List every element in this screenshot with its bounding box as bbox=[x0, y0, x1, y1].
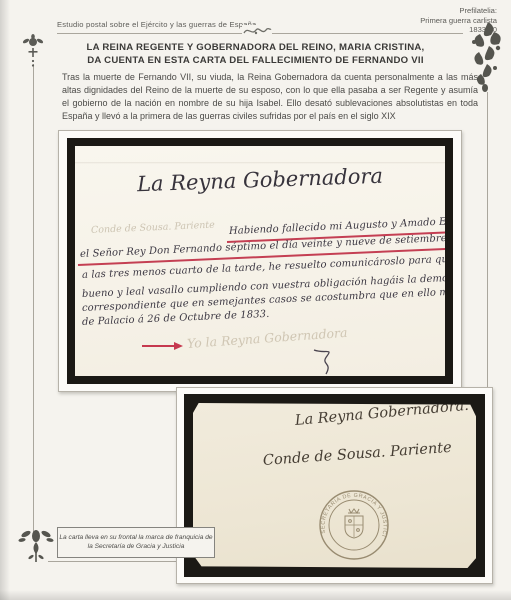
album-sheet: Estudio postal sobre el Ejército y las g… bbox=[0, 0, 511, 600]
cover-paper: La Reyna Gobernadora. Conde de Sousa. Pa… bbox=[193, 403, 476, 568]
franchise-seal-icon: SECRETARIA DE GRACIA Y JUSTICIA bbox=[314, 483, 394, 567]
cover-frame: La Reyna Gobernadora. Conde de Sousa. Pa… bbox=[184, 394, 485, 577]
letter-mount: La Reyna Gobernadora Conde de Sousa. Par… bbox=[58, 130, 462, 392]
border-bottom-rule bbox=[48, 561, 176, 562]
letter-heading: La Reyna Gobernadora bbox=[75, 162, 445, 199]
intro-paragraph: Tras la muerte de Fernando VII, su viuda… bbox=[62, 71, 478, 123]
border-left-rule bbox=[33, 64, 34, 532]
exhibit-title-line1: LA REINA REGENTE Y GOBERNADORA DEL REINO… bbox=[0, 42, 511, 53]
red-arrow-tip-icon bbox=[174, 342, 183, 350]
cover-address-line2: Conde de Sousa. Pariente bbox=[262, 440, 452, 469]
signature-rubric-icon bbox=[311, 347, 337, 376]
collection-title: Estudio postal sobre el Ejército y las g… bbox=[57, 20, 256, 29]
red-arrow-icon bbox=[142, 345, 175, 347]
cover-mount: La Reyna Gobernadora. Conde de Sousa. Pa… bbox=[176, 387, 493, 584]
photo-edge-shadow-left bbox=[0, 0, 10, 600]
caption-box: La carta lleva en su frontal la marca de… bbox=[57, 527, 215, 558]
caption-line1: La carta lleva en su frontal la marca de… bbox=[58, 533, 214, 542]
photo-edge-shadow-bottom bbox=[0, 590, 511, 600]
exhibit-title-line2: DA CUENTA EN ESTA CARTA DEL FALLECIMIENT… bbox=[0, 55, 511, 66]
border-right-rule bbox=[487, 92, 488, 388]
caption-line2: la Secretaría de Gracia y Justicia bbox=[58, 542, 214, 551]
letter-frame: La Reyna Gobernadora Conde de Sousa. Par… bbox=[67, 138, 453, 384]
corner-ornament-bottom-left-icon bbox=[16, 522, 56, 566]
letter-docket-faint: Conde de Sousa. Pariente bbox=[91, 220, 215, 236]
center-flourish-icon bbox=[242, 25, 272, 38]
section-header-line: Prefilatelia: bbox=[420, 6, 497, 16]
letter-paper: La Reyna Gobernadora Conde de Sousa. Par… bbox=[75, 146, 445, 376]
cover-address-line1: La Reyna Gobernadora. bbox=[294, 403, 469, 429]
